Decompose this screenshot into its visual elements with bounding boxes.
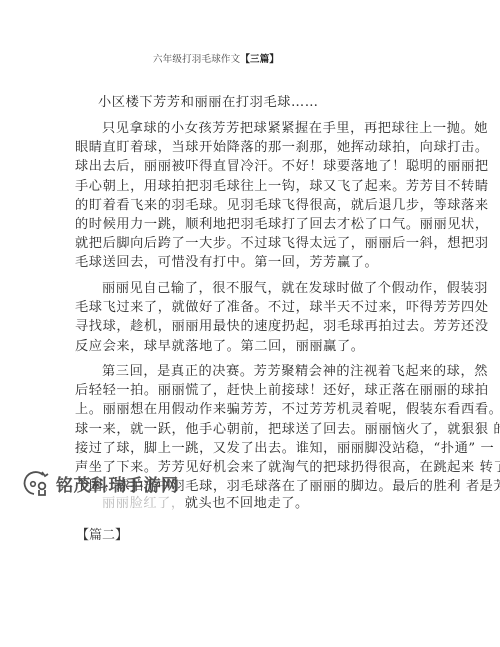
text-line: 上。丽丽想在用假动作来骗芳芳，不过芳芳机灵着呢，假装东看西看。 (75, 400, 435, 419)
text-line: 只见拿球的小女孩芳芳把球紧紧握在手里，再把球往上一抛。她 (75, 119, 435, 138)
text-line: 球出去后，丽丽被吓得直冒冷汗。不好！球要落地了！聪明的丽丽把 (75, 157, 435, 176)
text-line: 反应会来，球早就落地了。第二回，丽丽赢了。 (75, 337, 435, 356)
text-line: 的时候用力一跳，顺利地把羽毛球打了回去才松了口气。丽丽见状， (75, 215, 435, 234)
text-line: 就把后脚向后跨了一大步。不过球飞得太远了，丽丽后一斜，想把羽 (75, 234, 435, 253)
text-line: 第三回，是真正的决赛。芳芳聚精会神的注视着飞起来的球，然 (75, 362, 435, 381)
text-line: 手心朝上，用球拍把羽毛球往上一钩，球又飞了起来。芳芳目不转睛 (75, 177, 435, 196)
intro-line: 小区楼下芳芳和丽丽在打羽毛球…… (98, 91, 319, 110)
text-line: 寻找球，趁机，丽丽用最快的速度扔起，羽毛球再拍过去。芳芳还没 (75, 317, 435, 336)
line-text: 就头也不回地走了。 (185, 496, 309, 511)
paragraph-1: 只见拿球的小女孩芳芳把球紧紧握在手里，再把球往上一抛。她 眼睛直盯着球，当球开始… (75, 119, 435, 273)
text-line: 球一来，就一跃，他手心朝前，把球送了回去。丽丽恼火了，就狠狠 的 (75, 420, 435, 439)
text-line: 的盯着看飞来的羽毛球。见羽毛球飞得很高，就后退几步，等球落来 (75, 196, 435, 215)
text-line: 眼睛直盯着球，当球开始降落的那一刹那，她挥动球拍，向球打击。 (75, 138, 435, 157)
paragraph-2: 丽丽见自己输了，很不服气，就在发球时做了个假动作，假装羽 毛球飞过来了，就做好了… (75, 279, 435, 356)
gamepad-badge-icon (22, 468, 52, 498)
title-text: 六年级打羽毛球作文 (153, 54, 240, 65)
text-line: 后轻轻一拍。丽丽慌了，赶快上前接球！还好，球正落在丽丽的球拍 (75, 381, 435, 400)
watermark: 铭茂科瑞手游网 (22, 468, 179, 498)
title-bracket: 【三篇】 (240, 54, 279, 65)
text-line: 丽丽见自己输了，很不服气，就在发球时做了个假动作，假装羽 (75, 279, 435, 298)
watermark-text: 铭茂科瑞手游网 (56, 471, 179, 496)
text-line: 毛球飞过来了，就做好了准备。不过，球半天不过来，吓得芳芳四处 (75, 298, 435, 317)
text-line: 毛球送回去，可惜没有打中。第一回，芳芳赢了。 (75, 253, 435, 272)
document-title: 六年级打羽毛球作文【三篇】 (153, 51, 279, 65)
faded-text: 丽丽脸红了， (102, 496, 185, 511)
text-line: 接过了球，脚上一跳，又发了出去。谁知，丽丽脚没站稳，“扑通” 一 (75, 439, 435, 458)
section-heading: 【篇二】 (76, 524, 128, 543)
